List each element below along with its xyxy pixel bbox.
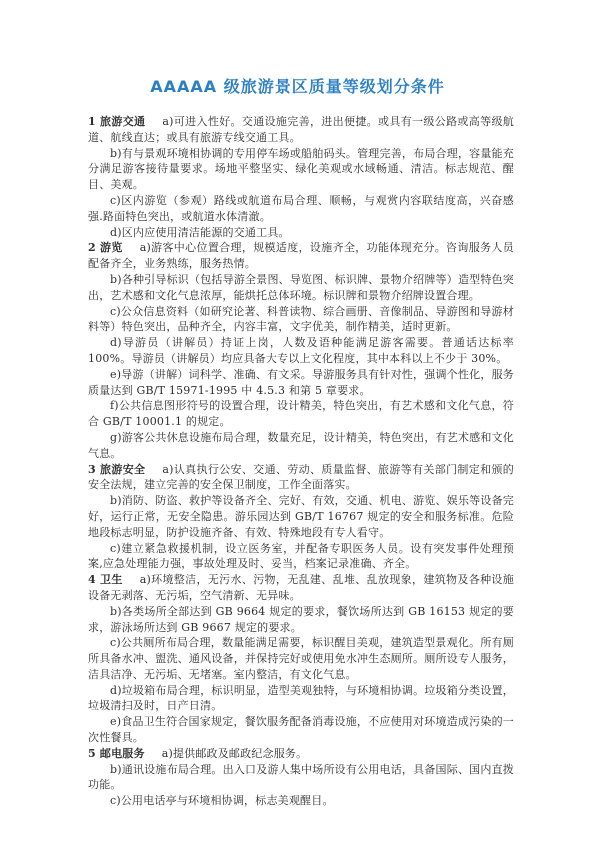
section-1-clause-b: b)有与景观环境相协调的专用停车场或船舶码头。管理完善，布局合理，容量能充分满足…: [88, 146, 514, 193]
section-1-clause-a: a)可进入性好。交通设施完善，进出便捷。或具有一级公路或高等级航道、航线直达；或…: [88, 115, 514, 144]
section-5-clause-b: b)通讯设施布局合理。出入口及游人集中场所设有公用电话，具备国际、国内直拨功能。: [88, 762, 514, 794]
section-3-intro: 3 旅游安全a)认真执行公安、交通、劳动、质量监督、旅游等有关部门制定和颁的安全…: [88, 462, 514, 494]
section-1-heading: 1 旅游交通: [88, 115, 145, 128]
section-5-clause-c: c)公用电话亭与环境相协调，标志美观醒目。: [88, 793, 514, 809]
section-5-heading: 5 邮电服务: [88, 747, 145, 760]
section-1-clause-c: c)区内游览（参观）路线或航道布局合理、顺畅，与观赏内容联结度高，兴奋感强.路面…: [88, 193, 514, 225]
section-2-clause-d: d)导游员（讲解员）持证上岗，人数及语种能满足游客需要。普通话达标率 100%。…: [88, 335, 514, 367]
document-body: 1 旅游交通a)可进入性好。交通设施完善，进出便捷。或具有一级公路或高等级航道、…: [88, 114, 514, 809]
section-4-clause-a: a)环境整洁，无污水、污物，无乱建、乱堆、乱放现象，建筑物及各种设施设备无剥落、…: [88, 573, 514, 602]
section-4-clause-c: c)公共厕所布局合理，数量能满足需要，标识醒目美观，建筑造型景观化。所有厕所具备…: [88, 635, 514, 682]
section-3-clause-a: a)认真执行公安、交通、劳动、质量监督、旅游等有关部门制定和颁的安全法规，建立完…: [88, 463, 514, 492]
section-4-intro: 4 卫生a)环境整洁，无污水、污物，无乱建、乱堆、乱放现象，建筑物及各种设施设备…: [88, 572, 514, 604]
section-2-clause-g: g)游客公共休息设施布局合理，数量充足，设计精美，特色突出，有艺术感和文化气息。: [88, 430, 514, 462]
section-3-clause-b: b)消防、防盗、救护等设备齐全、完好、有效，交通、机电、游览、娱乐等设备完好，运…: [88, 493, 514, 540]
section-1-clause-d: d)区内应使用清洁能源的交通工具。: [88, 225, 514, 241]
section-5-intro: 5 邮电服务a)提供邮政及邮政纪念服务。: [88, 746, 514, 762]
section-3-heading: 3 旅游安全: [88, 463, 145, 476]
section-4-clause-e: e)食品卫生符合国家规定，餐饮服务配备消毒设施，不应使用对环境造成污染的一次性餐…: [88, 714, 514, 746]
section-2-clause-c: c)公众信息资料（如研究论著、科普读物、综合画册、音像制品、导游图和导游材料等）…: [88, 304, 514, 336]
section-4-clause-b: b)各类场所全部达到 GB 9664 规定的要求，餐饮场所达到 GB 16153…: [88, 604, 514, 636]
section-1-intro: 1 旅游交通a)可进入性好。交通设施完善，进出便捷。或具有一级公路或高等级航道、…: [88, 114, 514, 146]
section-2-clause-f: f)公共信息图形符号的设置合理，设计精美，特色突出，有艺术感和文化气息，符合 G…: [88, 398, 514, 430]
section-3-clause-c: c)建立紧急救援机制，设立医务室，并配备专职医务人员。设有突发事件处理预案,应急…: [88, 541, 514, 573]
section-2-intro: 2 游览a)游客中心位置合理，规模适度，设施齐全，功能体现充分。咨询服务人员配备…: [88, 240, 514, 272]
section-2-clause-e: e)导游（讲解）词科学、准确、有文采。导游服务具有针对性，强调个性化，服务质量达…: [88, 367, 514, 399]
document-page: AAAAA 级旅游景区质量等级划分条件 1 旅游交通a)可进入性好。交通设施完善…: [0, 0, 595, 842]
section-5-clause-a: a)提供邮政及邮政纪念服务。: [162, 747, 308, 760]
page-title: AAAAA 级旅游景区质量等级划分条件: [0, 74, 595, 97]
section-4-clause-d: d)垃圾箱布局合理，标识明显，造型美观独特，与环境相协调。垃圾箱分类设置，垃圾清…: [88, 683, 514, 715]
section-2-clause-a: a)游客中心位置合理，规模适度，设施齐全，功能体现充分。咨询服务人员配备齐全，业…: [88, 241, 514, 270]
section-4-heading: 4 卫生: [88, 573, 123, 586]
section-2-heading: 2 游览: [88, 241, 123, 254]
section-2-clause-b: b)各种引导标识（包括导游全景图、导览图、标识牌、景物介绍牌等）造型特色突出，艺…: [88, 272, 514, 304]
